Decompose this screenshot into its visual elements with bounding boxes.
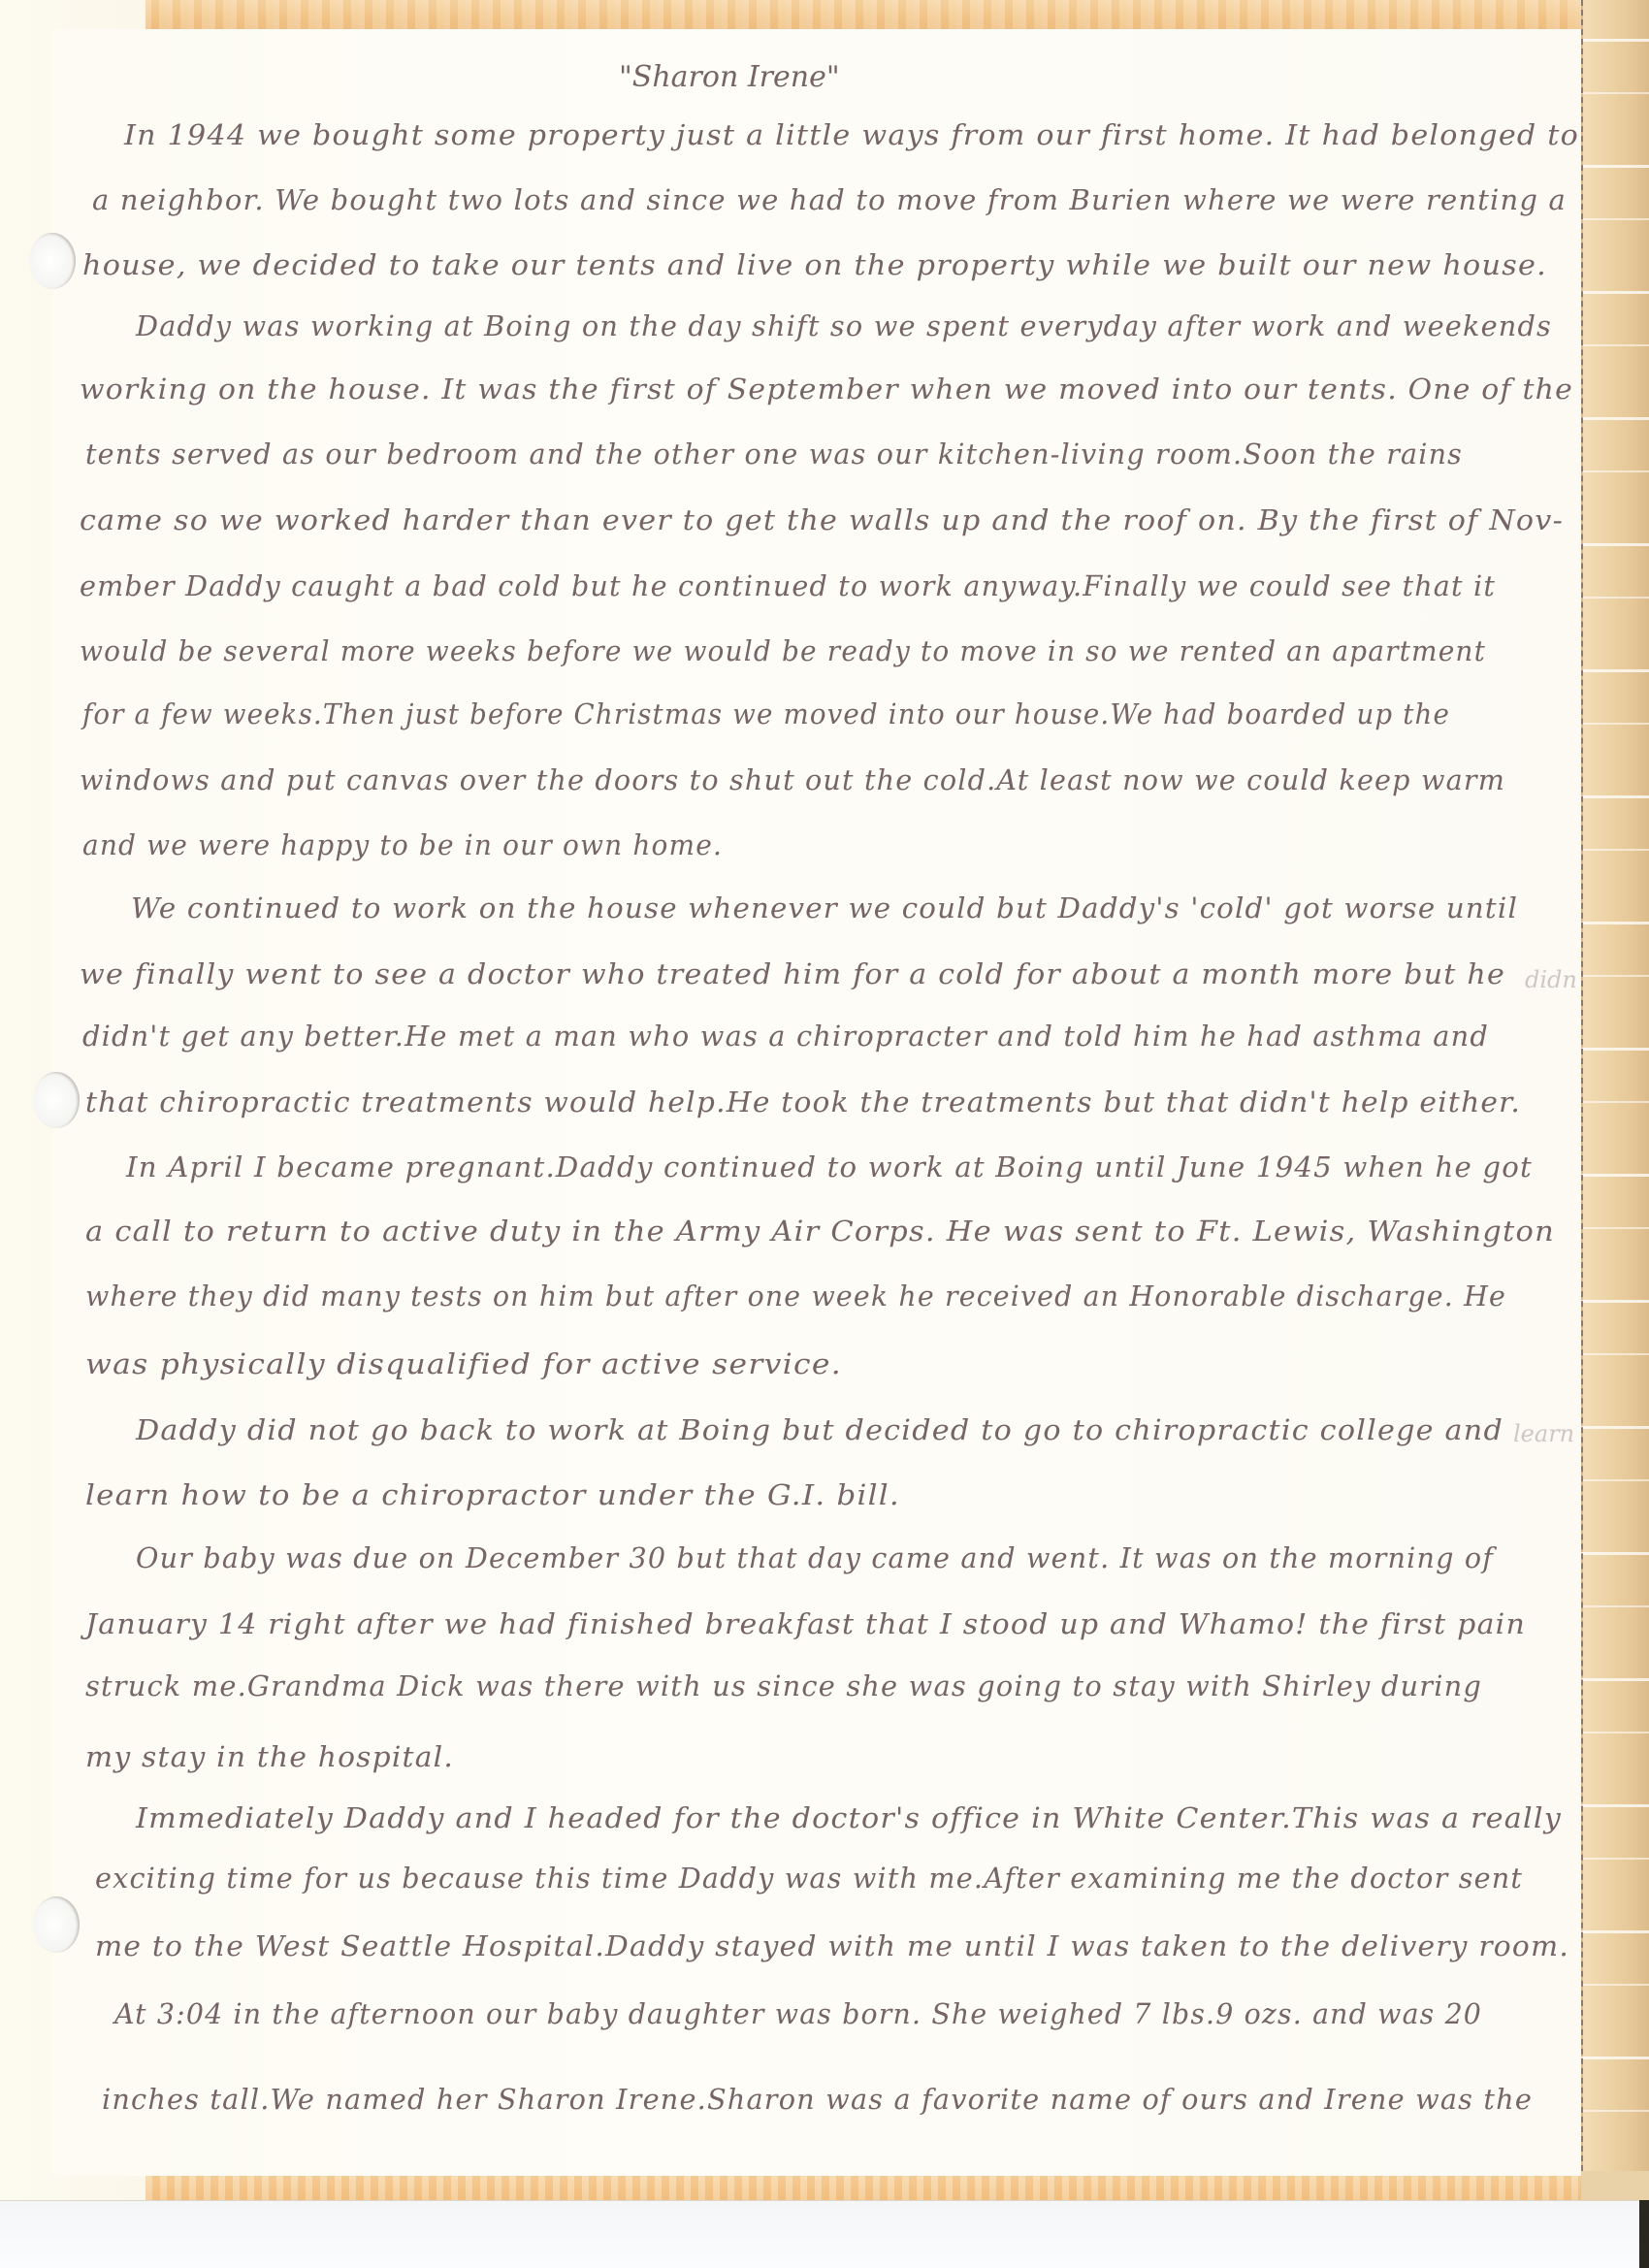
text-line: windows and put canvas over the doors to… (80, 766, 1505, 794)
text-line: In 1944 we bought some property just a l… (124, 121, 1579, 149)
text-line: learn how to be a chiropractor under the… (85, 1481, 900, 1509)
bleed-through-text: didn (1525, 966, 1577, 993)
album-frame-bottom (145, 2176, 1581, 2200)
text-line: Our baby was due on December 30 but that… (136, 1544, 1494, 1572)
text-line: me to the West Seattle Hospital.Daddy st… (95, 1932, 1569, 1960)
text-line: Immediately Daddy and I headed for the d… (136, 1804, 1562, 1832)
album-frame-right (1581, 0, 1649, 2200)
text-line: ember Daddy caught a bad cold but he con… (80, 572, 1496, 600)
album-frame-top (145, 0, 1581, 30)
text-line: my stay in the hospital. (85, 1743, 454, 1771)
text-line: In April I became pregnant.Daddy continu… (126, 1153, 1533, 1182)
scanner-edge (1639, 2200, 1649, 2268)
text-line: came so we worked harder than ever to ge… (80, 506, 1564, 535)
text-line: inches tall.We named her Sharon Irene.Sh… (102, 2086, 1533, 2114)
text-line: working on the house. It was the first o… (80, 375, 1573, 404)
text-line: January 14 right after we had finished b… (85, 1610, 1526, 1638)
hole-punch-top (29, 233, 76, 289)
text-line: didn't get any better.He met a man who w… (82, 1022, 1489, 1051)
text-line: At 3:04 in the afternoon our baby daught… (114, 2000, 1482, 2028)
text-line: Daddy was working at Boing on the day sh… (136, 312, 1552, 340)
text-line: would be several more weeks before we wo… (80, 637, 1486, 665)
text-line: we finally went to see a doctor who trea… (80, 960, 1505, 988)
text-line: house, we decided to take our tents and … (82, 251, 1547, 279)
page-title: "Sharon Irene" (619, 60, 840, 94)
text-line: and we were happy to be in our own home. (82, 831, 723, 859)
text-line: where they did many tests on him but aft… (85, 1282, 1506, 1311)
scanner-background-bottom (0, 2200, 1649, 2268)
bleed-through-text: learn (1513, 1420, 1574, 1447)
text-line: a call to return to active duty in the A… (85, 1217, 1555, 1246)
text-line: tents served as our bedroom and the othe… (85, 440, 1463, 469)
text-line: struck me.Grandma Dick was there with us… (85, 1672, 1482, 1701)
text-line: We continued to work on the house whenev… (131, 894, 1518, 923)
text-line: was physically disqualified for active s… (85, 1350, 842, 1378)
album-frame-corner (1581, 2171, 1649, 2200)
text-line: exciting time for us because this time D… (95, 1864, 1523, 1893)
text-line: a neighbor. We bought two lots and since… (92, 186, 1567, 214)
text-line: for a few weeks.Then just before Christm… (82, 700, 1450, 729)
hole-punch-bottom (33, 1896, 80, 1953)
text-line: Daddy did not go back to work at Boing b… (136, 1416, 1503, 1444)
text-line: that chiropractic treatments would help.… (85, 1088, 1521, 1117)
hole-punch-middle (33, 1072, 80, 1128)
